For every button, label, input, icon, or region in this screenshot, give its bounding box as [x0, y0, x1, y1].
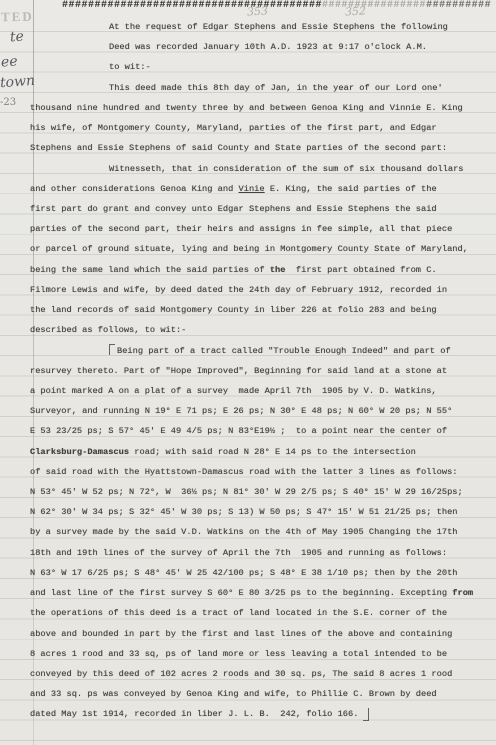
line-text: Clarksburg-Damascus [30, 447, 129, 457]
document-line: resurvey thereto. Part of "Hope Improved… [30, 361, 490, 381]
line-text: 8 acres 1 rood and 33 sq, ps of land mor… [30, 649, 447, 659]
document-line: At the request of Edgar Stephens and Ess… [30, 17, 490, 37]
line-text: Stephens and Essie Stephens of said Coun… [30, 143, 447, 153]
deed-record-page: ########################################… [0, 0, 496, 745]
document-line: N 62° 30' W 34 ps; S 32° 45' W 30 ps; S … [30, 502, 490, 522]
document-line: by a survey made by the said V.D. Watkin… [30, 522, 490, 542]
line-text: E 53 23/25 ps; S 57° 45' E 49 4/5 ps; N … [30, 426, 447, 436]
line-text: first part do grant and convey unto Edga… [30, 204, 437, 214]
document-line: 8 acres 1 rood and 33 sq, ps of land mor… [30, 644, 490, 664]
document-line: of said road with the Hyattstown-Damascu… [30, 462, 490, 482]
line-text: Vinie [239, 184, 265, 194]
document-line: parties of the second part, their heirs … [30, 219, 490, 239]
document-line: to wit:- [30, 57, 490, 77]
close-bracket-mark [363, 708, 369, 721]
line-text: the operations of this deed is a tract o… [30, 608, 447, 618]
handwritten-margin-note: te [9, 29, 24, 46]
line-text: Deed was recorded January 10th A.D. 1923… [109, 42, 427, 52]
document-line: N 53° 45' W 52 ps; N 72°, W 36½ ps; N 81… [30, 482, 490, 502]
document-line: dated May 1st 1914, recorded in liber J.… [30, 704, 490, 724]
line-text: above and bounded in part by the first a… [30, 629, 452, 639]
document-line: and last line of the first survey S 60° … [30, 583, 490, 603]
document-line: Witnesseth, that in consideration of the… [30, 159, 490, 179]
line-text: described as follows, to wit:- [30, 325, 186, 335]
document-line: described as follows, to wit:- [30, 320, 490, 340]
open-bracket-mark [109, 344, 115, 355]
document-line: or parcel of ground situate, lying and b… [30, 239, 490, 259]
document-line: the operations of this deed is a tract o… [30, 603, 490, 623]
document-line: E 53 23/25 ps; S 57° 45' E 49 4/5 ps; N … [30, 421, 490, 441]
line-text: thousand nine hundred and twenty three b… [30, 103, 463, 113]
line-text: and 33 sq. ps was conveyed by Genoa King… [30, 689, 437, 699]
handwritten-margin-note: ee [0, 53, 18, 70]
line-text: N 53° 45' W 52 ps; N 72°, W 36½ ps; N 81… [30, 487, 463, 497]
document-line: first part do grant and convey unto Edga… [30, 199, 490, 219]
document-line: thousand nine hundred and twenty three b… [30, 98, 490, 118]
line-text: dated May 1st 1914, recorded in liber J.… [30, 709, 358, 719]
line-text: Surveyor, and running N 19° E 71 ps; E 2… [30, 406, 452, 416]
document-line: conveyed by this deed of 102 acres 2 roo… [30, 664, 490, 684]
handwritten-margin-note: TED [1, 9, 34, 26]
header-hash-row: ########################################… [62, 0, 491, 11]
document-line: and 33 sq. ps was conveyed by Genoa King… [30, 684, 490, 704]
document-line: Clarksburg-Damascus road; with said road… [30, 442, 490, 462]
document-line: Surveyor, and running N 19° E 71 ps; E 2… [30, 401, 490, 421]
line-text: At the request of Edgar Stephens and Ess… [109, 22, 448, 32]
document-line: above and bounded in part by the first a… [30, 624, 490, 644]
document-line: a point marked A on a plat of a survey m… [30, 381, 490, 401]
document-line: 18th and 19th lines of the survey of Apr… [30, 543, 490, 563]
line-text: or parcel of ground situate, lying and b… [30, 244, 468, 254]
line-text: 18th and 19th lines of the survey of Apr… [30, 548, 447, 558]
line-text: by a survey made by the said V.D. Watkin… [30, 527, 458, 537]
document-line: Deed was recorded January 10th A.D. 1923… [30, 37, 490, 57]
handwritten-margin-note: -23 [0, 97, 16, 108]
line-text: and last line of the first survey S 60° … [30, 588, 452, 598]
document-lines: At the request of Edgar Stephens and Ess… [30, 17, 490, 725]
document-line: and other considerations Genoa King and … [30, 179, 490, 199]
line-text: the [270, 265, 286, 275]
document-line: being the same land which the said parti… [30, 260, 490, 280]
document-line: N 63° W 17 6/25 ps; S 48° 45' W 25 42/10… [30, 563, 490, 583]
hash-segment-dark: ######################################## [62, 0, 322, 11]
line-text: N 62° 30' W 34 ps; S 32° 45' W 30 ps; S … [30, 507, 458, 517]
line-text: Witnesseth, that in consideration of the… [109, 164, 464, 174]
document-line: Filmore Lewis and wife, by deed dated th… [30, 280, 490, 300]
line-text: Being part of a tract called "Trouble En… [117, 346, 451, 356]
document-line: the land records of said Montgomery Coun… [30, 300, 490, 320]
line-text: the land records of said Montgomery Coun… [30, 305, 437, 315]
document-line: Stephens and Essie Stephens of said Coun… [30, 138, 490, 158]
line-text: N 63° W 17 6/25 ps; S 48° 45' W 25 42/10… [30, 568, 458, 578]
line-text: being the same land which the said parti… [30, 265, 270, 275]
document-line: Being part of a tract called "Trouble En… [30, 341, 490, 361]
document-line: This deed made this 8th day of Jan, in t… [30, 78, 490, 98]
line-text: and other considerations Genoa King and [30, 184, 239, 194]
line-text: his wife, of Montgomery County, Maryland… [30, 123, 437, 133]
line-text: road; with said road N 28° E 14 ps to th… [129, 447, 416, 457]
line-text: first part obtained from C. [285, 265, 436, 275]
hash-segment-mid: ########## [426, 0, 491, 11]
line-text: to wit:- [109, 62, 151, 72]
line-text: parties of the second part, their heirs … [30, 224, 452, 234]
hash-segment-light: ################ [322, 0, 426, 11]
line-text: of said road with the Hyattstown-Damascu… [30, 467, 458, 477]
line-text: from [452, 588, 473, 598]
line-text: E. King, the said parties of the [265, 184, 437, 194]
line-text: This deed made this 8th day of Jan, in t… [109, 83, 443, 93]
line-text: Filmore Lewis and wife, by deed dated th… [30, 285, 447, 295]
line-text: a point marked A on a plat of a survey m… [30, 386, 437, 396]
line-text: resurvey thereto. Part of "Hope Improved… [30, 366, 447, 376]
document-line: his wife, of Montgomery County, Maryland… [30, 118, 490, 138]
line-text: conveyed by this deed of 102 acres 2 roo… [30, 669, 452, 679]
